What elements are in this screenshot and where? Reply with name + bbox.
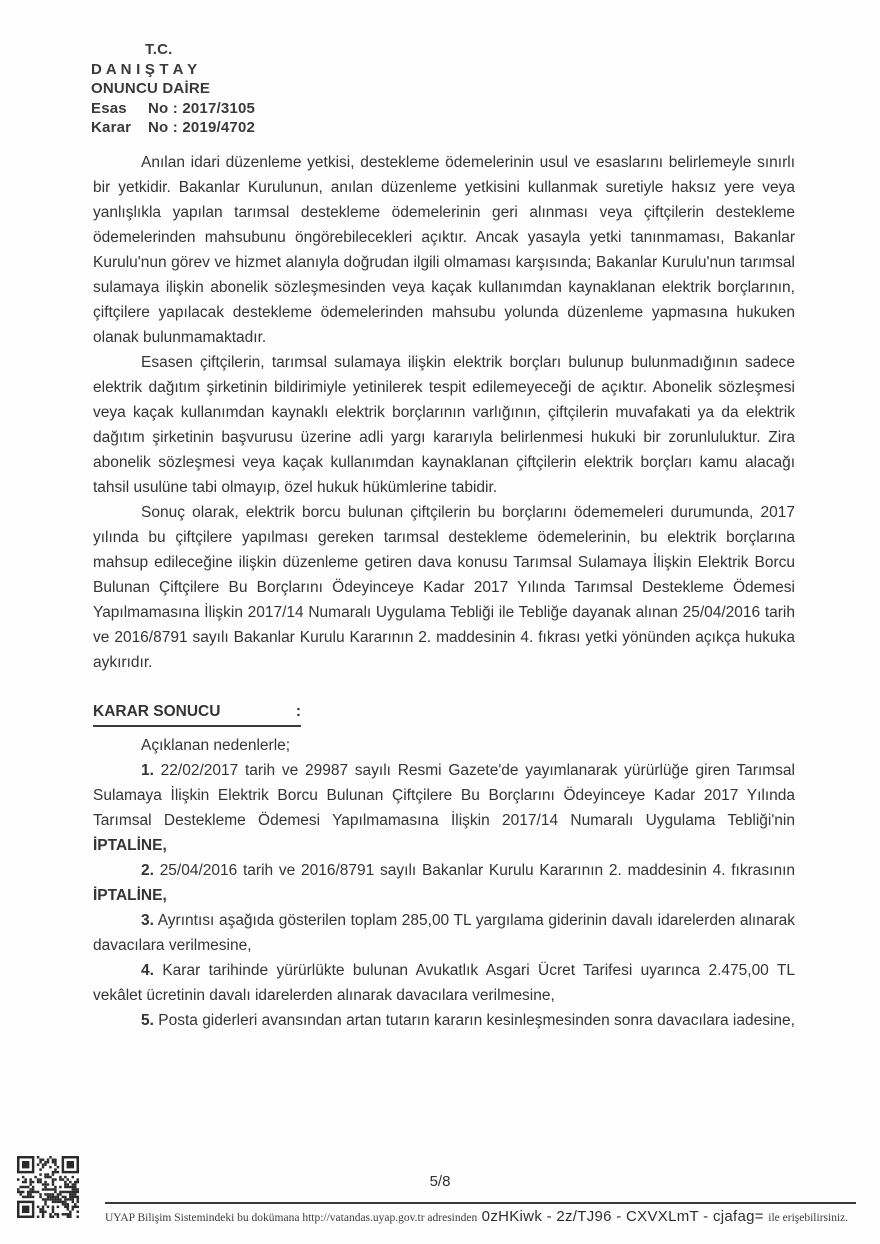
- header-esas-row: EsasNo : 2017/3105: [91, 99, 255, 119]
- item-3-number: 3.: [141, 912, 154, 929]
- item-1-text: 22/02/2017 tarih ve 29987 sayılı Resmi G…: [93, 762, 795, 829]
- decision-item-2: 2. 25/04/2016 tarih ve 2016/8791 sayılı …: [93, 858, 795, 908]
- karar-value: No : 2019/4702: [148, 119, 255, 136]
- item-5-number: 5.: [141, 1012, 154, 1029]
- footer-access-code: 0zHKiwk - 2z/TJ96 - CXVXLmT - cjafag=: [482, 1208, 764, 1225]
- karar-heading-colon: :: [296, 699, 301, 724]
- karar-heading-text: KARAR SONUCU: [93, 699, 220, 724]
- decision-item-4: 4. Karar tarihinde yürürlükte bulunan Av…: [93, 958, 795, 1008]
- decision-item-3: 3. Ayrıntısı aşağıda gösterilen toplam 2…: [93, 908, 795, 958]
- decision-item-5: 5. Posta giderleri avansından artan tuta…: [93, 1008, 795, 1033]
- esas-label: Esas: [91, 99, 148, 119]
- item-5-text: Posta giderleri avansından artan tutarın…: [158, 1012, 795, 1029]
- esas-value: No : 2017/3105: [148, 100, 255, 117]
- footer-access-prefix: UYAP Bilişim Sistemindeki bu dokümana ht…: [105, 1212, 477, 1224]
- item-2-text: 25/04/2016 tarih ve 2016/8791 sayılı Bak…: [160, 862, 795, 879]
- header-karar-row: KararNo : 2019/4702: [91, 118, 255, 138]
- header-chamber: ONUNCU DAİRE: [91, 79, 255, 99]
- karar-intro: Açıklanan nedenlerle;: [93, 733, 795, 758]
- document-body: Anılan idari düzenleme yetkisi, destekle…: [93, 150, 795, 1033]
- item-4-text: Karar tarihinde yürürlükte bulunan Avuka…: [93, 962, 795, 1004]
- karar-sonucu-heading: KARAR SONUCU:: [93, 699, 301, 727]
- footer-access-suffix: ile erişebilirsiniz.: [768, 1212, 848, 1224]
- item-1-emphasis: İPTALİNE,: [93, 837, 167, 854]
- item-4-number: 4.: [141, 962, 154, 979]
- item-3-text: Ayrıntısı aşağıda gösterilen toplam 285,…: [93, 912, 795, 954]
- karar-label: Karar: [91, 118, 148, 138]
- page-number: 5/8: [0, 1173, 880, 1190]
- decision-item-1: 1. 22/02/2017 tarih ve 29987 sayılı Resm…: [93, 758, 795, 858]
- paragraph-1: Anılan idari düzenleme yetkisi, destekle…: [93, 150, 795, 350]
- header-tc: T.C.: [91, 40, 255, 60]
- document-header: T.C. D A N I Ş T A Y ONUNCU DAİRE EsasNo…: [91, 40, 255, 138]
- paragraph-3: Sonuç olarak, elektrik borcu bulunan çif…: [93, 500, 795, 675]
- karar-sonucu-section: KARAR SONUCU:: [93, 699, 795, 727]
- header-court: D A N I Ş T A Y: [91, 60, 255, 80]
- item-2-emphasis: İPTALİNE,: [93, 887, 167, 904]
- item-2-number: 2.: [141, 862, 154, 879]
- document-page: T.C. D A N I Ş T A Y ONUNCU DAİRE EsasNo…: [0, 0, 880, 1244]
- item-1-number: 1.: [141, 762, 154, 779]
- paragraph-2: Esasen çiftçilerin, tarımsal sulamaya il…: [93, 350, 795, 500]
- footer-access-bar: UYAP Bilişim Sistemindeki bu dokümana ht…: [105, 1202, 856, 1226]
